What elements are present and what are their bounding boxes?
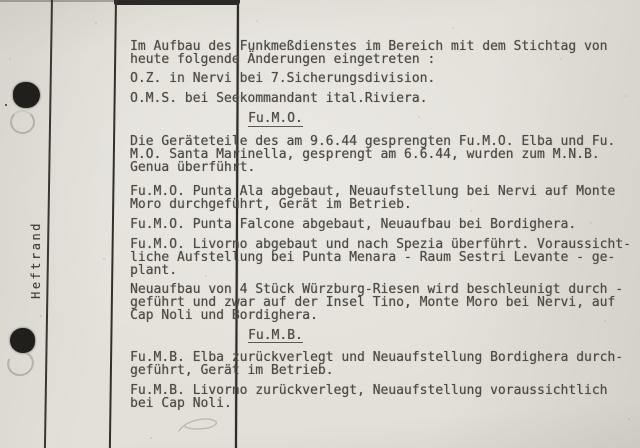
intro-paragraph: Im Aufbau des Funkmeßdienstes im Bereich… xyxy=(130,40,632,66)
text-line: Die Geräteteile des am 9.6.44 gesprengte… xyxy=(130,135,632,148)
hole-punch-ring-bottom xyxy=(4,347,38,380)
text-line: O.M.S. bei Seekommandant ital.Riviera. xyxy=(130,92,632,105)
fumo-paragraph-livorno: Fu.M.O. Livorno abgebaut und nach Spezia… xyxy=(130,238,632,277)
document-scan: Heftrand Im Aufbau des Funkmeßdienstes i… xyxy=(0,0,640,448)
margin-rule-left xyxy=(44,0,53,448)
fumb-paragraph-livorno: Fu.M.B. Livorno zurückverlegt, Neuaufste… xyxy=(130,384,632,410)
hole-punch-top xyxy=(13,82,40,108)
paper-specks xyxy=(0,0,2,2)
section-heading-fumb: Fu.M.B. xyxy=(130,329,632,344)
text-line: O.Z. in Nervi bei 7.Sicherungsdivision. xyxy=(130,72,632,85)
fumo-paragraph-punta-ala: Fu.M.O. Punta Ala abgebaut, Neuaufstellu… xyxy=(130,185,632,211)
text-line: Fu.M.O. Punta Ala abgebaut, Neuaufstellu… xyxy=(130,185,632,198)
fumo-paragraph-geraeteteile: Die Geräteteile des am 9.6.44 gesprengte… xyxy=(130,135,632,174)
scan-top-edge-faint xyxy=(0,0,114,2)
text-line: plant. xyxy=(130,264,632,277)
section-heading-fumo: Fu.M.O. xyxy=(130,112,632,127)
margin-label: Heftrand xyxy=(29,221,43,299)
text-line: Moro durchgeführt, Gerät im Betrieb. xyxy=(130,198,632,211)
fumo-paragraph-wuerzburg: Neuaufbau von 4 Stück Würzburg-Riesen wi… xyxy=(130,283,632,322)
text-line: geführt, Gerät im Betrieb. xyxy=(130,364,632,377)
heading-text: Fu.M.O. xyxy=(248,112,303,127)
text-line: Fu.M.O. Livorno abgebaut und nach Spezia… xyxy=(130,238,632,251)
margin-rule-right xyxy=(109,0,117,448)
hole-punch-bottom xyxy=(10,328,35,353)
text-line: Genua überführt. xyxy=(130,161,632,174)
text-line: Fu.M.O. Punta Falcone abgebaut, Neuaufba… xyxy=(130,218,632,231)
fumb-paragraph-elba: Fu.M.B. Elba zurückverlegt und Neuaufste… xyxy=(130,351,632,377)
fumo-paragraph-punta-falcone: Fu.M.O. Punta Falcone abgebaut, Neuaufba… xyxy=(130,218,632,231)
oms-line: O.M.S. bei Seekommandant ital.Riviera. xyxy=(130,92,632,105)
text-line: heute folgende Änderungen eingetreten : xyxy=(130,53,632,66)
document-body: Im Aufbau des Funkmeßdienstes im Bereich… xyxy=(130,40,632,417)
text-line: M.O. Santa Marinella, gesprengt am 6.6.4… xyxy=(130,148,632,161)
scan-top-edge-mark xyxy=(114,0,240,5)
oz-line: O.Z. in Nervi bei 7.Sicherungsdivision. xyxy=(130,72,632,85)
heading-text: Fu.M.B. xyxy=(248,329,303,344)
text-line: bei Cap Noli. xyxy=(130,397,632,410)
text-line: liche Aufstellung bei Punta Menara - Rau… xyxy=(130,251,632,264)
hole-punch-ring-top xyxy=(10,110,35,134)
text-line: Cap Noli und Bordighera. xyxy=(130,309,632,322)
text-line: Neuaufbau von 4 Stück Würzburg-Riesen wi… xyxy=(130,283,632,296)
text-line: geführt und zwar auf der Insel Tino, Mon… xyxy=(130,296,632,309)
